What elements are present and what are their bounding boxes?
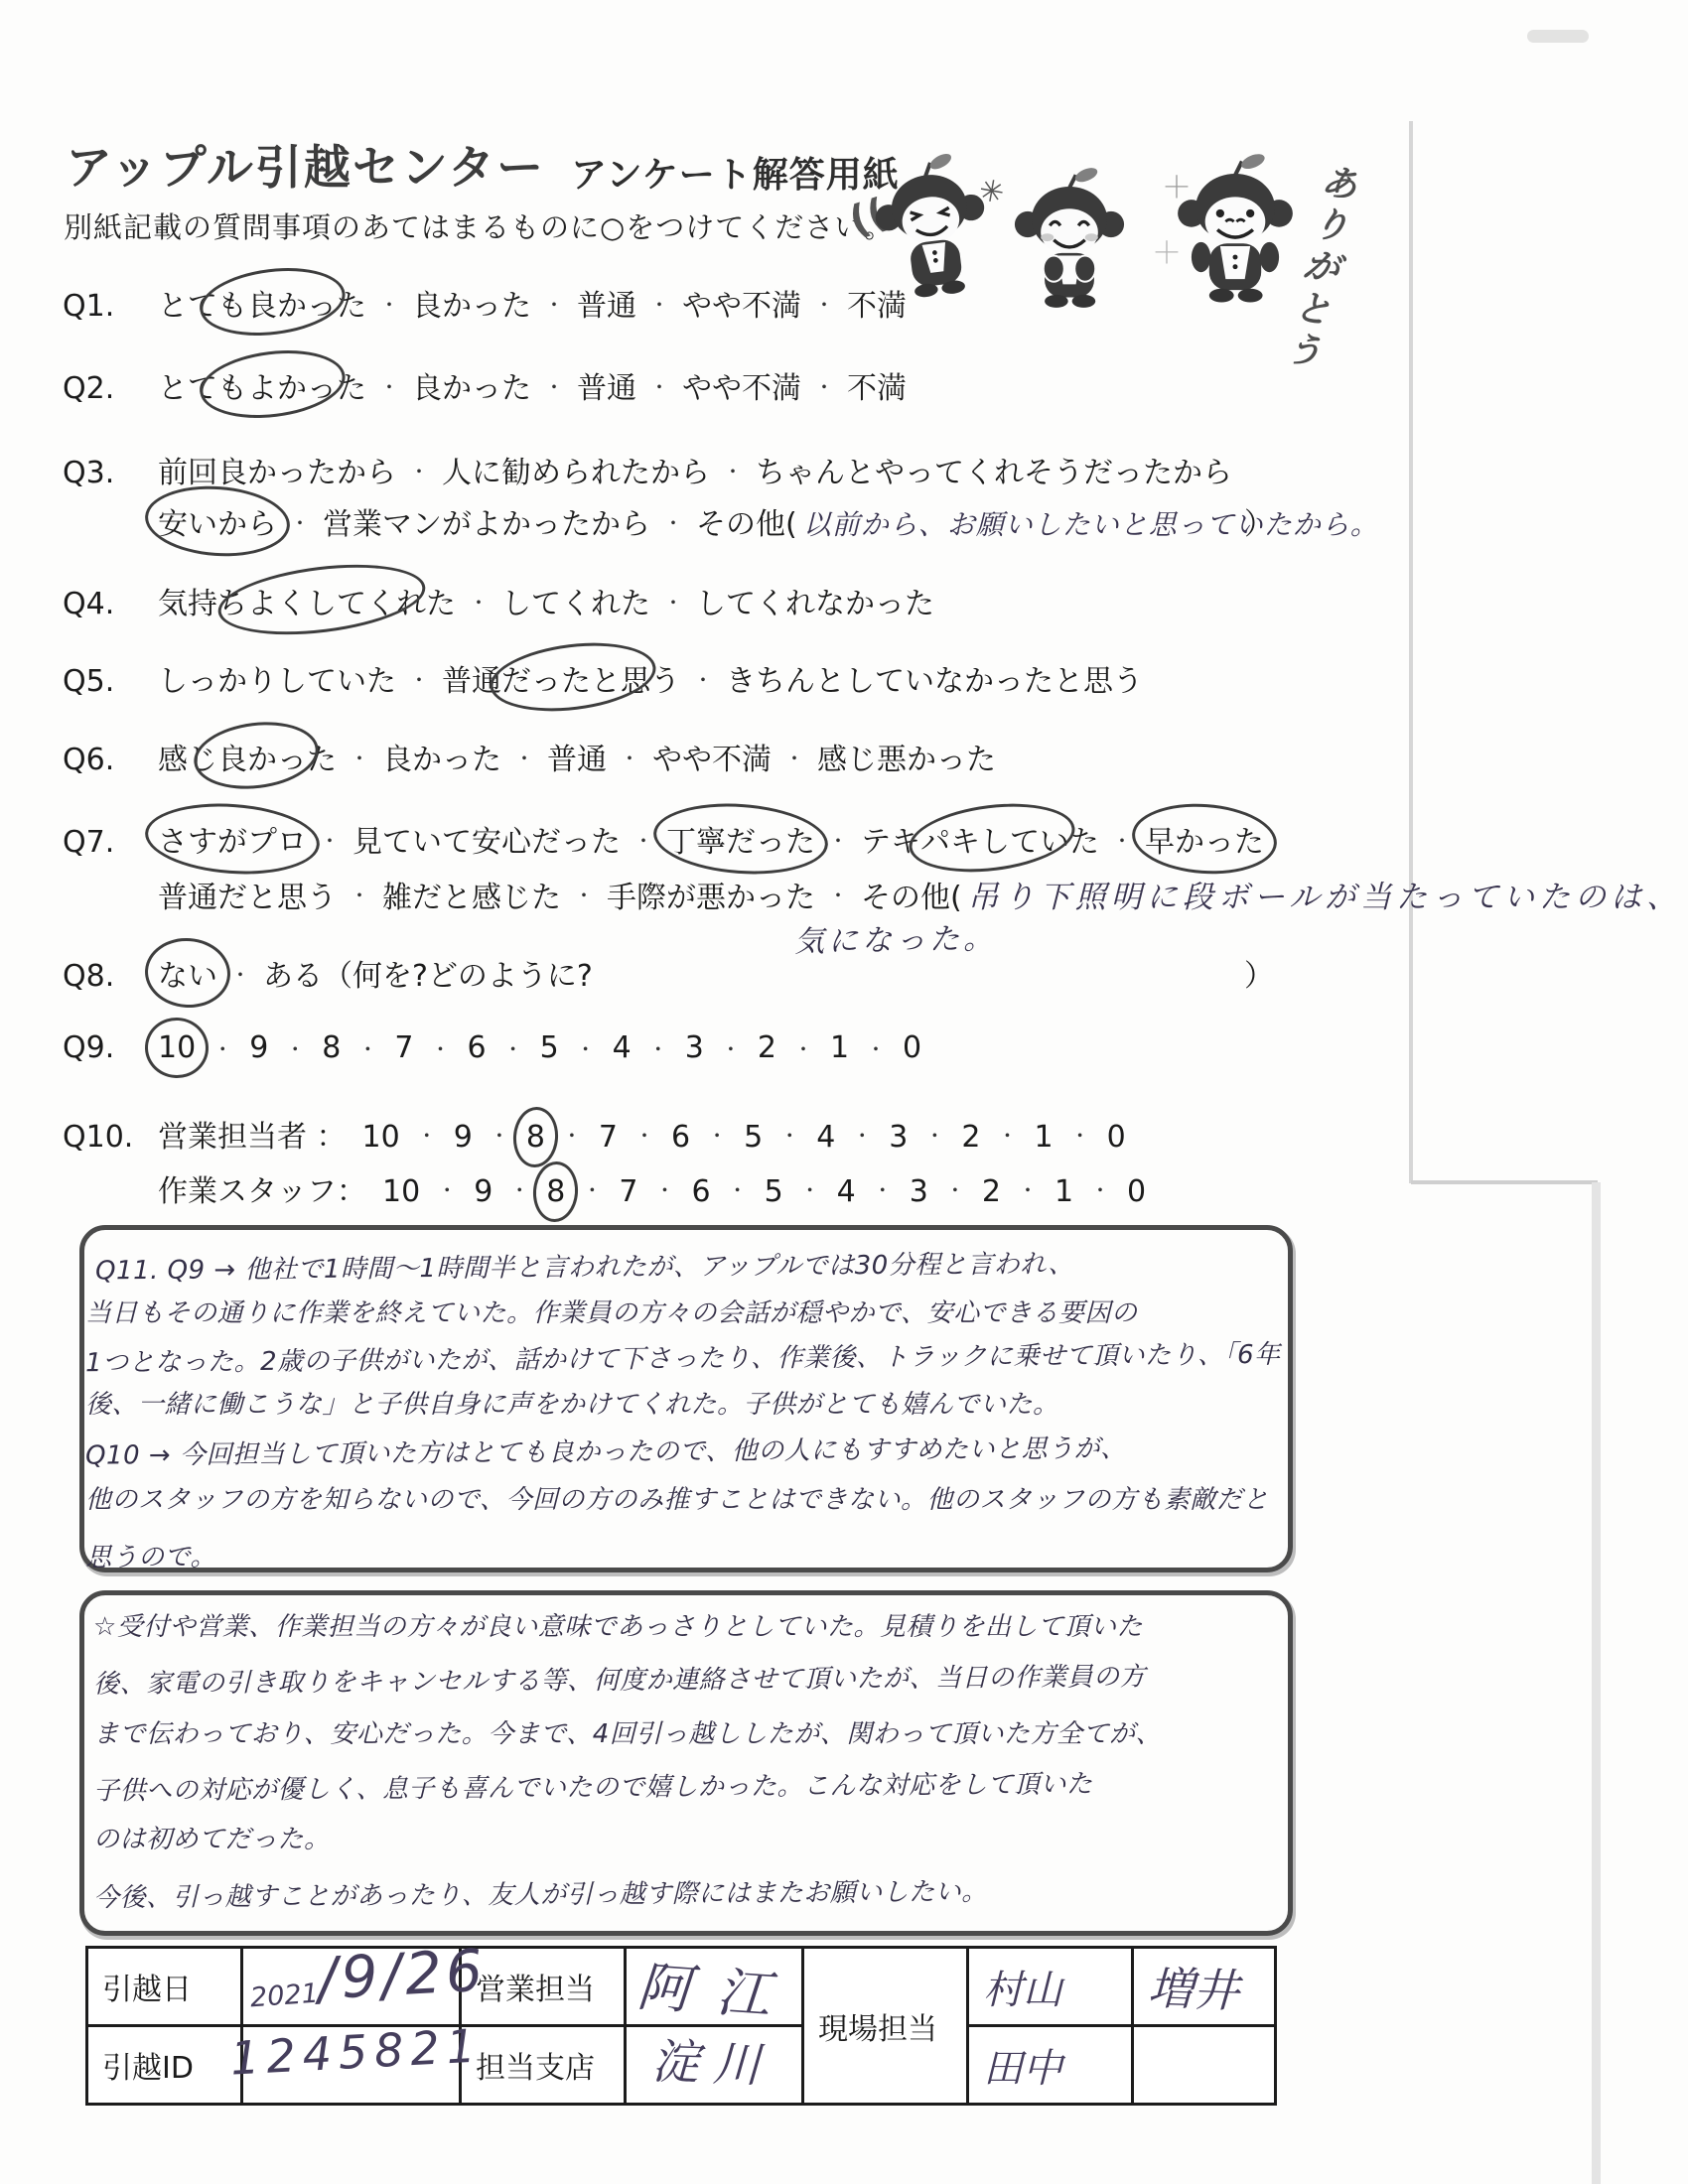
- answer-option: ちゃんとやってくれそうだったから: [756, 448, 1232, 491]
- answer-option: 2: [961, 1120, 980, 1155]
- question-sublabel: 営業担当者 ：: [158, 1112, 347, 1156]
- closing-paren: ）: [1244, 499, 1274, 543]
- answer-option: 雑だと感じた: [382, 873, 561, 916]
- site-name: 田中: [983, 2046, 1062, 2092]
- move-id-label: 引越ID: [87, 2026, 242, 2105]
- question-row: Q8.ない・ある（何を?どのように?）: [63, 951, 1453, 995]
- handwritten-comment-line: 今後、引っ越すことがあったり、友人が引っ越す際にはまたお願いしたい。: [93, 1871, 988, 1914]
- question-id: Q3.: [63, 456, 158, 490]
- answer-option: 5: [540, 1030, 559, 1065]
- handwritten-comment-line: まで伝わっており、安心だった。今まで、4回引っ越ししたが、関わって頂いた方全てが…: [93, 1713, 1162, 1750]
- option-separator: ・: [828, 880, 848, 908]
- question-id: Q6.: [63, 743, 158, 777]
- answer-option: その他(: [861, 873, 962, 916]
- answer-option-circled: 10: [158, 1030, 196, 1065]
- sales-name-hand: 阿江: [635, 1945, 799, 2032]
- option-separator: ・: [1112, 825, 1132, 854]
- option-separator: ・: [945, 1174, 965, 1203]
- answer-option-circled: 感じ良かった: [158, 735, 337, 778]
- question-row: Q4.気持ちよくしてくれた・してくれた・してくれなかった: [63, 579, 1453, 622]
- answer-option: 営業マンがよかったから: [323, 499, 650, 543]
- answer-option: 不満: [847, 363, 907, 407]
- sparkle-icon: ✳: [976, 173, 1007, 211]
- closing-paren: ）: [1244, 951, 1274, 995]
- option-separator: ・: [620, 743, 639, 771]
- option-separator: ・: [663, 507, 683, 536]
- answer-option: 前回良かったから: [158, 448, 396, 491]
- site-name-cell: 増井: [1133, 1948, 1276, 2026]
- option-separator: ・: [1090, 1174, 1110, 1203]
- option-separator: ・: [800, 1174, 820, 1203]
- answer-option: 3: [685, 1030, 704, 1065]
- question-sublabel: 作業スタッフ：: [158, 1166, 366, 1210]
- option-separator: ・: [814, 371, 834, 400]
- handwritten-comment-line: 後、一緒に働こうな」と子供自身に声をかけてくれた。子供がとても嬉んでいた。: [85, 1384, 1059, 1421]
- handwritten-comment-line: 他のスタッフの方を知らないので、今回の方のみ推すことはできない。他のスタッフの方…: [85, 1479, 1269, 1516]
- move-date-label: 引越日: [87, 1948, 242, 2026]
- option-separator: ・: [723, 456, 743, 484]
- answer-option: 1: [830, 1030, 849, 1065]
- option-separator: ・: [350, 880, 369, 908]
- answer-option: 9: [249, 1030, 268, 1065]
- question-row: Q10.営業担当者 ：10・9・8・7・6・5・4・3・2・1・0: [63, 1112, 1453, 1156]
- answer-option: 9: [454, 1120, 473, 1155]
- answer-option: 6: [691, 1174, 710, 1209]
- answer-option-circled: さすがプロ: [158, 817, 307, 861]
- answer-option: 2: [758, 1030, 776, 1065]
- option-separator: ・: [663, 587, 683, 615]
- option-separator: ・: [924, 1120, 944, 1149]
- option-separator: ・: [514, 743, 534, 771]
- answer-option: 7: [619, 1174, 637, 1209]
- answer-option: 4: [816, 1120, 835, 1155]
- option-separator: ・: [654, 1174, 674, 1203]
- answer-option: 0: [1127, 1174, 1146, 1209]
- answer-option: 良かった: [412, 281, 531, 325]
- site-name-cell: 田中: [968, 2026, 1133, 2105]
- option-separator: ・: [503, 1033, 523, 1062]
- option-separator: ・: [649, 371, 669, 400]
- answer-option-circled: テキパキしていた: [861, 817, 1099, 861]
- question-id: Q9.: [63, 1030, 158, 1065]
- option-separator: ・: [544, 371, 564, 400]
- option-separator: ・: [721, 1033, 741, 1062]
- option-separator: ・: [290, 507, 310, 536]
- option-separator: ・: [707, 1120, 727, 1149]
- answer-option: 0: [903, 1030, 921, 1065]
- answer-option: してくれた: [501, 579, 650, 622]
- site-label: 現場担当: [803, 1948, 968, 2105]
- handwritten-comment-line: 当日もその通りに作業を終えていた。作業員の方々の会話が穏やかで、安心できる要因の: [85, 1293, 1137, 1329]
- answer-option: 不満: [847, 281, 907, 325]
- answer-option: 4: [837, 1174, 856, 1209]
- sheet-subtitle: アンケート解答用紙: [571, 147, 900, 198]
- option-separator: ・: [693, 664, 713, 693]
- option-separator: ・: [828, 825, 848, 854]
- question-id: Q1.: [63, 289, 158, 324]
- option-separator: ・: [574, 880, 594, 908]
- question-id: Q8.: [63, 959, 158, 994]
- question-row: Q2.とてもよかった・良かった・普通・やや不満・不満: [63, 363, 1453, 407]
- answer-option: 10: [362, 1120, 400, 1155]
- answer-option: 0: [1107, 1120, 1126, 1155]
- option-separator: ・: [469, 587, 489, 615]
- option-separator: ・: [633, 825, 653, 854]
- question-row: Q9.10・9・8・7・6・5・4・3・2・1・0: [63, 1030, 1453, 1065]
- answer-option: 1: [1055, 1174, 1073, 1209]
- answer-option-circled: ない: [158, 951, 217, 995]
- option-separator: ・: [409, 664, 429, 693]
- question-row: 安いから・営業マンがよかったから・その他(以前から、お願いしたいと思っていたから…: [63, 499, 1453, 543]
- answer-option-circled: 気持ちよくしてくれた: [158, 579, 456, 622]
- option-separator: ・: [212, 1033, 232, 1062]
- answer-option: 2: [982, 1174, 1001, 1209]
- company-title: アップル引越センター: [66, 131, 545, 198]
- question-id: Q7.: [63, 825, 158, 860]
- option-separator: ・: [320, 825, 340, 854]
- site-name-cell-empty: [1133, 2026, 1276, 2105]
- question-id: Q5.: [63, 664, 158, 699]
- option-separator: ・: [409, 456, 429, 484]
- answer-option: やや不満: [682, 363, 801, 407]
- answer-option: 4: [613, 1030, 632, 1065]
- option-separator: ・: [866, 1033, 886, 1062]
- move-date-year-hand: 2021: [249, 1979, 320, 2014]
- handwritten-answer: 以前から、お願いしたいと思っていたから。: [803, 503, 1379, 543]
- answer-option-circled: 安いから: [158, 499, 277, 543]
- handwritten-comment-line: ☆受付や営業、作業担当の方々が良い意味であっさりとしていた。見積りを出して頂いた: [93, 1606, 1143, 1643]
- scan-artifact-smudge: [1527, 30, 1589, 43]
- question-row: Q7.さすがプロ・見ていて安心だった・丁寧だった・テキパキしていた・早かった: [63, 817, 1453, 861]
- answer-option: 5: [744, 1120, 763, 1155]
- answer-option: 6: [467, 1030, 486, 1065]
- option-separator: ・: [634, 1120, 654, 1149]
- answer-option: 3: [910, 1174, 928, 1209]
- answer-option-circled: 8: [526, 1120, 545, 1155]
- answer-option: 感じ悪かった: [817, 735, 996, 778]
- question-id: Q10.: [63, 1120, 158, 1155]
- handwritten-comment-line: 思うので。: [85, 1537, 216, 1574]
- site-name: 増井: [1147, 1952, 1240, 2020]
- move-date-hand: /9/26: [316, 1937, 488, 2013]
- option-separator: ・: [379, 371, 399, 400]
- option-separator: ・: [997, 1120, 1017, 1149]
- question-id: Q4.: [63, 587, 158, 621]
- handwritten-comment-line: 子供への対応が優しく、息子も喜んでいたので嬉しかった。こんな対応をして頂いた: [93, 1763, 1093, 1807]
- answer-option-circled: 普通だったと思う: [442, 656, 680, 700]
- option-separator: ・: [873, 1174, 893, 1203]
- answer-option: 普通: [577, 363, 636, 407]
- question-row: Q5.しっかりしていた・普通だったと思う・きちんとしていなかったと思う: [63, 656, 1453, 700]
- answer-option: 手際が悪かった: [607, 873, 815, 916]
- answer-option: 普通: [547, 735, 607, 778]
- option-separator: ・: [350, 743, 369, 771]
- option-separator: ・: [430, 1033, 450, 1062]
- question-row: Q1.とても良かった・良かった・普通・やや不満・不満: [63, 281, 1453, 325]
- option-separator: ・: [814, 289, 834, 318]
- answer-option: 1: [1034, 1120, 1053, 1155]
- answer-option: してくれなかった: [696, 579, 934, 622]
- question-row: 作業スタッフ：10・9・8・7・6・5・4・3・2・1・0: [63, 1166, 1453, 1210]
- option-separator: ・: [490, 1120, 509, 1149]
- option-separator: ・: [230, 959, 250, 988]
- answer-option: 3: [889, 1120, 908, 1155]
- handwritten-comment-line: Q11. Q9 → 他社で1時間〜1時間半と言われたが、アップルでは30分程と言…: [95, 1244, 1074, 1288]
- answer-option: 7: [599, 1120, 618, 1155]
- option-separator: ・: [582, 1174, 602, 1203]
- option-separator: ・: [379, 289, 399, 318]
- question-row: Q6.感じ良かった・良かった・普通・やや不満・感じ悪かった: [63, 735, 1453, 778]
- handwritten-comment-line: 後、家電の引き取りをキャンセルする等、何度か連絡させて頂いたが、当日の作業員の方: [93, 1656, 1146, 1700]
- answer-option: その他(: [696, 499, 797, 543]
- answer-option: 7: [394, 1030, 413, 1065]
- option-separator: ・: [285, 1033, 305, 1062]
- option-separator: ・: [509, 1174, 529, 1203]
- branch-label: 担当支店: [461, 2026, 626, 2105]
- option-separator: ・: [852, 1120, 872, 1149]
- answer-option: しっかりしていた: [158, 656, 396, 700]
- option-separator: ・: [437, 1174, 457, 1203]
- option-separator: ・: [793, 1033, 813, 1062]
- option-separator: ・: [417, 1120, 437, 1149]
- answer-option: 8: [322, 1030, 341, 1065]
- branch-name-hand: 淀川: [650, 2023, 775, 2096]
- option-separator: ・: [544, 289, 564, 318]
- answer-option: 良かった: [382, 735, 501, 778]
- answer-option-circled: とても良かった: [158, 281, 366, 325]
- answer-option: 普通: [577, 281, 636, 325]
- answer-option: 9: [474, 1174, 492, 1209]
- instruction-text: 別紙記載の質問事項のあてはまるものに○をつけてください。: [64, 205, 894, 246]
- option-separator: ・: [1070, 1120, 1090, 1149]
- option-separator: ・: [649, 289, 669, 318]
- option-separator: ・: [648, 1033, 668, 1062]
- answer-option-circled: 早かった: [1145, 817, 1264, 861]
- question-id: Q2.: [63, 371, 158, 406]
- option-separator: ・: [357, 1033, 377, 1062]
- answer-option: 5: [765, 1174, 783, 1209]
- answer-option: 普通だと思う: [158, 873, 337, 916]
- answer-option: やや不満: [682, 281, 801, 325]
- option-separator: ・: [576, 1033, 596, 1062]
- option-separator: ・: [779, 1120, 799, 1149]
- answer-option: 人に勧められたから: [442, 448, 710, 491]
- answer-option: きちんとしていなかったと思う: [726, 656, 1143, 700]
- question-row: 普通だと思う・雑だと感じた・手際が悪かった・その他(吊り下照明に段ボールが当たっ…: [63, 872, 1453, 916]
- q7-handwritten-note-line2: 気になった。: [794, 913, 998, 961]
- option-separator: ・: [728, 1174, 748, 1203]
- header: アップル引越センター アンケート解答用紙: [66, 131, 900, 198]
- answer-option: 6: [671, 1120, 690, 1155]
- scanned-survey-sheet: アップル引越センター アンケート解答用紙 別紙記載の質問事項のあてはまるものに○…: [0, 0, 1688, 2184]
- handwritten-comment-line: Q10 → 今回担当して頂いた方はとても良かったので、他の人にもすすめたいと思う…: [85, 1428, 1127, 1471]
- scan-artifact-line: [1592, 1182, 1601, 2184]
- answer-option-circled: とてもよかった: [158, 363, 366, 407]
- answer-option: 10: [382, 1174, 420, 1209]
- question-row: Q3.前回良かったから・人に勧められたから・ちゃんとやってくれそうだったから: [63, 448, 1453, 491]
- site-name-cell: 村山: [968, 1948, 1133, 2026]
- answer-option: やや不満: [652, 735, 772, 778]
- option-separator: ・: [784, 743, 804, 771]
- option-separator: ・: [562, 1120, 582, 1149]
- handwritten-comment-line: のは初めてだった。: [93, 1819, 331, 1855]
- option-separator: ・: [1018, 1174, 1038, 1203]
- answer-option: ある（何を?どのように?: [263, 951, 593, 995]
- answer-option: 良かった: [412, 363, 531, 407]
- site-name: 村山: [983, 1968, 1062, 2013]
- answer-option-circled: 8: [546, 1174, 565, 1209]
- answer-option-circled: 丁寧だった: [666, 817, 815, 861]
- handwritten-answer: 吊り下照明に段ボールが当たっていたのは、: [968, 872, 1682, 916]
- answer-option: 見ていて安心だった: [352, 817, 621, 861]
